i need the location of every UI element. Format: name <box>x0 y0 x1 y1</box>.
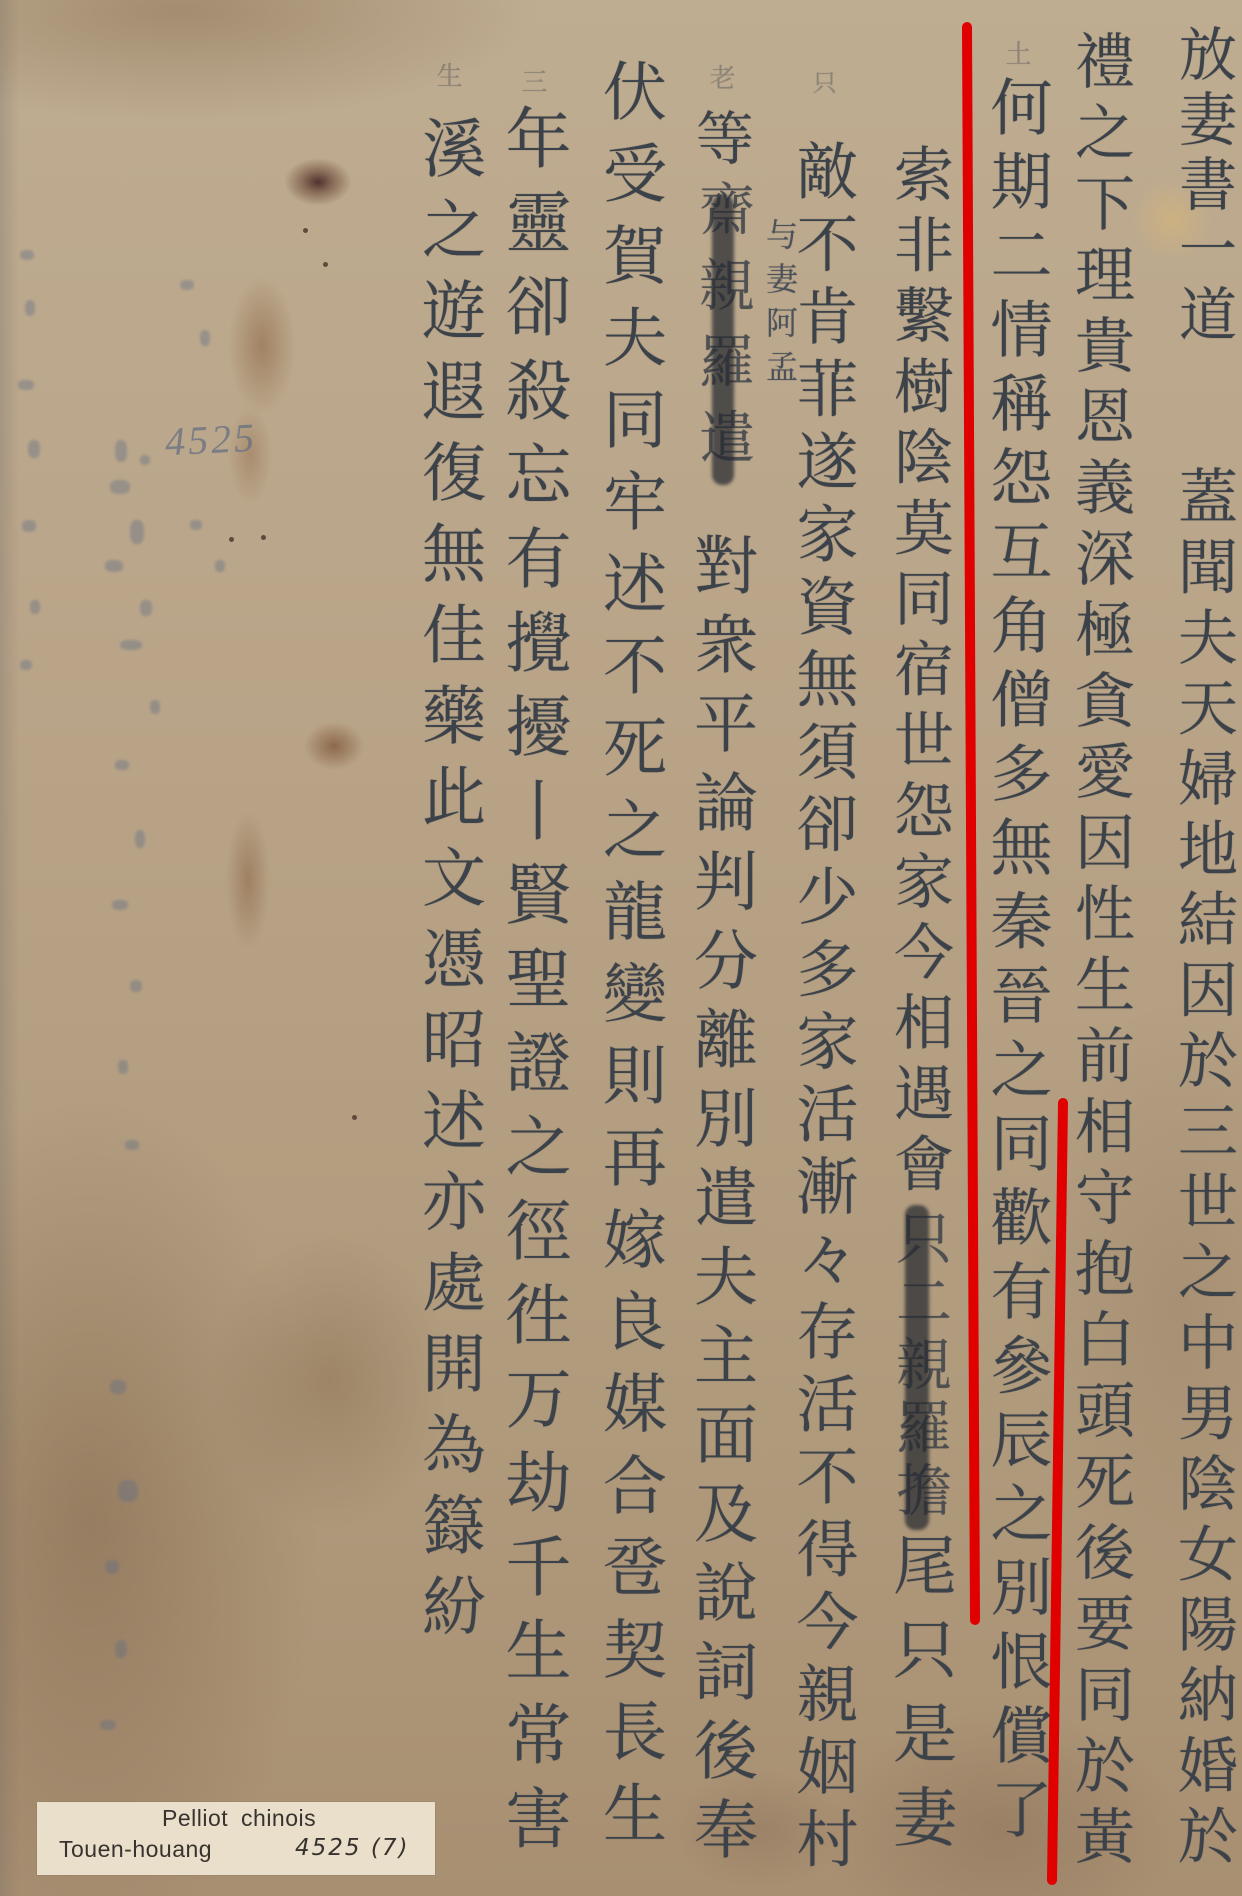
label-site: Touen-houang <box>59 1836 212 1863</box>
red-annotation-line <box>1052 1103 1063 1880</box>
label-shelfmark: 4525 (7) <box>295 1835 409 1861</box>
catalog-label: Pelliot chinois Touen-houang 4525 (7) <box>37 1802 435 1875</box>
label-collection: Pelliot chinois <box>162 1805 316 1832</box>
manuscript-page: 4525 放妻書一道 蓋聞夫天婦地結因於三世之中男陰女陽納婚於 禮之下理貴恩義深… <box>0 0 1242 1896</box>
red-annotation-overlay <box>0 0 1242 1896</box>
red-annotation-line <box>967 27 975 1620</box>
